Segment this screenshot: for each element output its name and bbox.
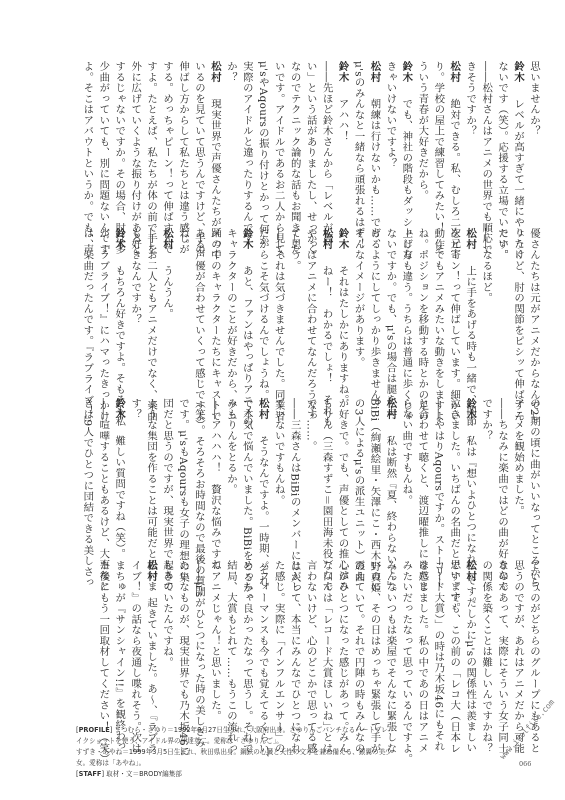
text-line: ね。ポジションを移動する時とかの足の [413,228,429,388]
profile-block: [PROFILE] まつむら・さゆり＝1992年8月27日生まれ、大阪府出身。さ… [76,725,436,780]
line-text: するじゃないですか。その場合、肘は多 [113,61,125,255]
text-line: 松村 絶対できる。私、むしろ二次元寄 [445,61,461,223]
text-line: 優さんたちは元がアニメだからなんでし [525,228,541,388]
line-text: ――アハハハ！ 贅沢な悩みですね [209,398,221,570]
line-text: みもりんをとるか。 [225,398,237,495]
line-text: の3人によるμ'sの派生ユニット）の曲 [353,398,365,582]
line-text: アハハ！ [337,98,349,141]
speaker-name: 松村 [464,560,476,582]
text-line: ――お二人ともアニメだけでなく、楽曲 [142,228,158,388]
text-line: ――やはりAqoursですか。ストーリー [429,398,445,556]
line-text: μ'sのみんなと一緒なら頑張れるはず！ [353,61,365,249]
text-line: なのであって、実際にそういう女子同士 [493,560,509,716]
text-line: ――なるほど。 [477,228,493,388]
text-line: 松村 上に手をあげる時も一緒で、関節 [461,228,477,388]
line-text: そんなイメージがあります。 [353,228,365,368]
text-line: も好きなんですか？ [126,228,142,388]
text-line: ――松村さんはアニメの世界でも順応で [477,61,493,223]
speaker-name: 松村 [257,398,269,420]
line-text: μ'sやAqoursの振り付けとかって何か [257,61,269,246]
line-text: 朝練は行けないかも……でも、 [368,98,380,248]
text-line: で本気で悩んでいました。BiBiをとるか、 [238,398,254,556]
text-line: です……。 [302,398,318,556]
article-tier-2: 優さんたちは元がアニメだからなんでしょうけど、肘の関節をピシッて伸ばすんです。―… [78,228,541,388]
text-line: なのでテクニック論的な話もお聞きした [286,61,302,223]
text-line: すよ。たとえば、私たちが体の前で手を [142,61,158,223]
text-line: 松村 たしかにμ'sの関係性は羨ましい [461,560,477,716]
line-text: か？ [225,61,237,83]
line-text: する。めっちゃピーン！って伸ばすんで [161,61,173,255]
line-text: い」という話がありましたし、せっかく [305,61,317,255]
text-line: た後にもう一回取材してください！（笑） [94,560,110,716]
line-text: 外に広げていくような振り付けがあると [129,61,141,255]
text-line: 松村 現実世界で声優さんたちが踊って [206,61,222,223]
text-line: 松村 起きていました。あ～、『ラブラ [142,560,158,716]
line-text: ですか？ [480,398,492,441]
text-line: ――三森さんはBiBiのメンバーには入っ [286,398,302,556]
text-line: ていうのがどちらのグループにもあると [525,560,541,716]
text-line: 団だと思うのですが、現実世界でもあの [158,398,174,556]
line-text: り。学校の屋上で練習してみたい！ そ [432,61,444,255]
line-text: だからこそ気づけるんでしょうね。 [257,228,269,400]
line-text: です。でも、この前の「レコ大（日本レ [448,560,460,754]
text-line: 松村 ねー！ わかるでしょ！ それも [318,228,334,388]
page-number: 066 [519,760,531,768]
speaker-name: 松村 [321,228,333,250]
speaker-name: 松村 [145,560,157,582]
text-line: まちゅが『サンシャイン!!』を観終わっ [110,560,126,716]
line-text: 思いませんか？ [528,61,540,136]
text-line: ――μ'sがひとつになった時の美しさみ [190,560,206,716]
text-line: 松村 朝練は行けないかも……でも、 [366,61,382,223]
text-line: ――喧嘩することもあるけど、大事なと [94,398,110,556]
line-text: たしかにμ'sの関係性は羨ましい [464,597,476,753]
text-line: μ'sのみんなと一緒なら頑張れるはず！ [350,61,366,223]
text-line: らない曲ですもんね。 [397,398,413,556]
line-text: ――先ほど鈴木さんから「レベルが高 [321,61,333,244]
text-line: 鈴木 難しい質問ですね（笑）。 [110,398,126,556]
text-line: 松村 そうなんですよ。一時期、それ [254,398,270,556]
text-line: ――それは気づきませんでした。同業者 [270,228,286,388]
line-text: が『ラブライブ！』にハマったきっかけ [97,228,109,422]
line-text: なのであって、実際にそういう女子同士 [496,560,508,754]
line-text: きそうですか？ [464,61,476,136]
line-text: やっぱアニメに合わせてなんだろうなっ [305,228,317,422]
line-text: 上げ方も違う。うちらは普通に歩くじゃ [400,228,412,422]
line-text: ていないですもんね。 [273,398,285,506]
profile-line-3: すずき・あやね＝1999年3月5日生まれ、秋田県出身。鋼鉄の心臓と天性の文才を兼… [76,747,436,758]
text-line: 松村 私は断然『夏、終わらないで。』。 [381,398,397,556]
article-tier-4: ていうのがどちらのグループにもあると思うのですが、あれはアニメだから可能なのであ… [94,560,541,716]
text-line: いるのを見ていて思うんですけど、手の [190,61,206,223]
text-line: い」という話がありましたし、せっかく [302,61,318,223]
staff-label: STAFF [79,770,102,778]
text-line: です。 [493,228,509,388]
text-line: げるようにしてしっかり歩きません？ [366,228,382,388]
line-text: うんうん。 [161,265,173,319]
text-line: じがして、本当にみんなでひとつになれ [286,560,302,716]
text-line: たいなものが、現実世界でも乃木坂46に [174,560,190,716]
line-text: ね。 [177,228,189,250]
line-text: きは9人でひとつに団結できる美しさっ [81,398,93,588]
line-text: ないですか。でも、μ'sの場合は腿を上 [384,228,396,416]
line-text: 動作でもアニメみたいな動きをしますよ [432,228,444,422]
line-text: をピーン！って伸ばしています。細かい [448,228,460,422]
speaker-name: 鈴木 [512,61,524,83]
text-line: ていないですもんね。 [270,398,286,556]
line-text: です……。 [305,398,317,452]
speaker-name: 松村 [384,398,396,420]
text-line: 起きていたんですね。 [158,560,174,716]
text-line: ような集団を作ることは可能だと思いま [142,398,158,556]
text-line: ある声優が合わせていくって感じですよ [190,228,206,388]
text-line: ――先ほど鈴木さんから「レベルが高 [318,61,334,223]
text-line: みたいだったなって思っているんですよ。 [397,560,413,716]
text-line: か？ [222,61,238,223]
line-text: きゃいけないですよ？ [384,61,396,169]
text-line: と合わせて聴くと、渡辺曜推しにはたま [413,398,429,556]
text-line: 思いませんか？ [525,61,541,223]
line-text: 優さんたちは元がアニメだからなんでし [528,228,540,422]
text-line: いのに、その日はめっちゃ緊張して手が [366,560,382,716]
text-line: きそうですか？ [461,61,477,223]
text-line: そんなイメージがあります。 [350,228,366,388]
line-text: げるようにしてしっかり歩きません？ [368,228,380,411]
line-text: す？ [129,398,141,420]
line-text: てアニメじゃん！と思いました。 [209,560,221,721]
line-text: ――なるほど。 [480,228,492,303]
text-line: アニメを観始めました。 [509,398,525,556]
text-line: ね。 [174,228,190,388]
line-text: それはたしかにありますね。 [337,265,349,405]
text-line: イブ！』の話なら夜通し喋れそう。次は [126,560,142,716]
line-text: の関係を築くことは難しいんですかね？ [480,560,492,754]
profile-label: PROFILE [79,726,110,734]
article-tier-1: 思いませんか？鈴木 レベルが高すぎて一緒にやりたくないです（笑）。応援する立場で… [78,61,541,223]
text-line: 鈴木 もちろん好きですよ。そもそも私 [110,228,126,388]
text-line: を感じました。私の中であの日はアニメ [413,560,429,716]
line-text: らない曲ですもんね。 [400,398,412,506]
line-text: 伸ばし方からして私たちとは違う感じが [177,61,189,255]
text-line: 動作でもアニメみたいな動きをしますよ [429,228,445,388]
speaker-name: 鈴木 [337,61,349,83]
text-line: みもりんをとるか。 [222,398,238,556]
text-line: ――アハハハ！ 贅沢な悩みですね [206,398,222,556]
speaker-name: 鈴木 [241,228,253,250]
text-line: り。学校の屋上で練習してみたい！ そ [429,61,445,223]
text-line: だからこそ気づけるんでしょうね。 [254,228,270,388]
line-text: ょうけど、肘の関節をピシッて伸ばすん [512,228,524,422]
staff-credit: [STAFF] 取材・文＝BRODY編集部 [76,769,436,780]
line-text: ね。ポジションを移動する時とかの足の [416,228,428,422]
text-line: は、楽曲だったんです。『ラブライブ！』 [78,228,94,388]
line-text: コード大賞）」の時は乃木坂46にもそれ [432,560,444,751]
line-text: て思う。 [289,228,301,271]
text-line: するじゃないですか。その場合、肘は多 [110,61,126,223]
text-line: をピーン！って伸ばしています。細かい [445,228,461,388]
line-text: も好きなんですか？ [129,228,141,325]
text-line: キャラクターのことが好きだから、アニ [222,228,238,388]
profile-line-4: 女。愛称は「あやね」。 [76,758,436,769]
text-line: μ'sやAqoursの振り付けとかって何か [254,61,270,223]
speaker-name: 松村 [368,61,380,83]
text-line: 鈴木 アハハ！ [334,61,350,223]
text-line: の2期の頃に曲がいいなってところから、 [525,398,541,556]
text-line: ないですか。でも、μ'sの場合は腿を上 [381,228,397,388]
profile-line-1: [PROFILE] まつむら・さゆり＝1992年8月27日生まれ、大阪府出身。さ… [76,725,436,736]
line-text: ――お二人ともアニメだけでなく、楽曲 [145,228,157,421]
text-line: （笑）。そろそろお時間なので最後の質問 [190,398,206,556]
text-line: 心がひとつになった感じがあって。みん [334,560,350,716]
speaker-name: 鈴木 [464,398,476,420]
text-line: ――ちなみに楽曲ではどの曲が好きなん [493,398,509,556]
text-line: よ。そこはアバウトというか。でも、声 [78,61,94,223]
text-line: 鈴木 レベルが高すぎて一緒にやりたく [509,61,525,223]
text-line: 鈴木 それはたしかにありますね。 [334,228,350,388]
text-line: です。μ'sもAqoursも女子の理想の集 [174,398,190,556]
line-text: いるのを見ていて思うんですけど、手の [193,61,205,255]
line-text: よ。そこはアバウトというか。でも、声 [81,61,93,255]
text-line: 思うのですが、あれはアニメだから可能 [509,560,525,716]
profile-line-2: イクショットを使う、アイドル界の伊達英二。愛称は「さゆりんご」。 [76,736,436,747]
text-line: きは9人でひとつに団結できる美しさっ [78,398,94,556]
text-line: ないです（笑）。応援する立場でいたい。 [493,61,509,223]
line-text: まちゅが『サンシャイン!!』を観終わっ [113,560,125,752]
line-text: 実際のアイドルと違ったりするんです [241,61,253,244]
line-text: ――μ'sがひとつになった時の美しさみ [193,560,205,748]
text-line: の3人によるμ'sの派生ユニット）の曲 [350,398,366,556]
text-line: 外に広げていくような振り付けがあると [126,61,142,223]
line-text: です。 [496,228,508,260]
text-line: コード大賞）」の時は乃木坂46にもそれ [429,560,445,716]
text-line: が好きで。でも、声優としての推しはみ [334,398,350,556]
line-text: アニメを観始めました。 [512,398,524,516]
text-line: 言わないけど、心のどこかで思ってる感 [302,560,318,716]
speaker-name: 鈴木 [113,228,125,250]
line-text: メの中のキャラクターたちにキャストで [209,228,221,422]
text-line: ういう青春が大好きだから。 [413,61,429,223]
text-line: やっぱアニメに合わせてなんだろうなっ [302,228,318,388]
text-line: BiBi（絢瀬絵里・矢澤にこ・西木野真姫 [366,398,382,556]
speaker-name: 鈴木 [113,398,125,420]
text-line: ですか？ [477,398,493,556]
text-line: 鈴木 でも、神社の階段もダッシュしな [397,61,413,223]
line-text: なのでテクニック論的な話もお聞きした [289,61,301,255]
text-line: 鈴木 私は『想いよひとつになれ』です。 [461,398,477,556]
speaker-name: 鈴木 [337,228,349,250]
text-line: す？ [126,398,142,556]
text-line: てアニメじゃん！と思いました。 [206,560,222,716]
text-line: た感じ。実際に「インフルエンサー」の [270,560,286,716]
line-text: ういう青春が大好きだから。 [416,61,428,201]
text-line: な口では「レコード大賞ほしいね」とは [318,560,334,716]
line-text: 思うのですが、あれはアニメだから可能 [512,560,524,754]
line-text: 起きていたんですね。 [161,560,173,668]
text-line: いです。アイドルであるお二人から見て、 [270,61,286,223]
article-tier-3: の2期の頃に曲がいいなってところから、アニメを観始めました。――ちなみに楽曲では… [78,398,541,556]
line-text: ――それは気づきませんでした。同業者 [273,228,285,421]
text-line: 伸ばし方からして私たちとは違う感じが [174,61,190,223]
text-line: めっちゃ良かったなって思うし。それで [238,560,254,716]
speaker-name: 松村 [448,61,460,83]
text-line: の関係を築くことは難しいんですかね？ [477,560,493,716]
line-text: すよ。たとえば、私たちが体の前で手を [145,61,157,255]
line-text: 少曲がっていても、別に問題ないんです [97,61,109,255]
text-line: 震えていて。それで円陣の時もみんなの [350,560,366,716]
text-line: 実際のアイドルと違ったりするんです [238,61,254,223]
text-line: きゃいけないですよ？ [381,61,397,223]
text-line: 少曲がっていても、別に問題ないんです [94,61,110,223]
text-line: 泣きました。いちばんの名曲だと思います。 [445,398,461,556]
text-line: パフォーマンスも今でも覚えてるくらい、 [254,560,270,716]
line-text: キャラクターのことが好きだから、アニ [225,228,237,422]
line-text: ある声優が合わせていくって感じですよ [193,228,205,422]
text-line: て思う。 [286,228,302,388]
line-text: です。μ'sもAqoursも女子の理想の集 [177,398,189,583]
text-line: みんないつもは楽屋でそんなに緊張しな [381,560,397,716]
text-line: 結局、大賞もとれて……もうこの流れっ [222,560,238,716]
text-line: もりん（三森すずこ＝園田海未役）なん [318,398,334,556]
text-line: 上げ方も違う。うちらは普通に歩くじゃ [397,228,413,388]
text-line: する。めっちゃピーン！って伸ばすんで [158,61,174,223]
line-text: 難しい質問ですね（笑）。 [113,435,125,559]
text-line: です。でも、この前の「レコ大（日本レ [445,560,461,716]
speaker-name: 松村 [209,61,221,83]
speaker-name: 松村 [161,228,173,250]
speaker-name: 鈴木 [400,61,412,83]
text-line: ょうけど、肘の関節をピシッて伸ばすん [509,228,525,388]
text-line: 鈴木 あと、ファンはやっぱりアニメの [238,228,254,388]
text-line: 松村 うんうん。 [158,228,174,388]
text-line: が『ラブライブ！』にハマったきっかけ [94,228,110,388]
line-text: ――松村さんはアニメの世界でも順応で [480,61,492,254]
speaker-name: 松村 [464,228,476,250]
text-line: メの中のキャラクターたちにキャストで [206,228,222,388]
